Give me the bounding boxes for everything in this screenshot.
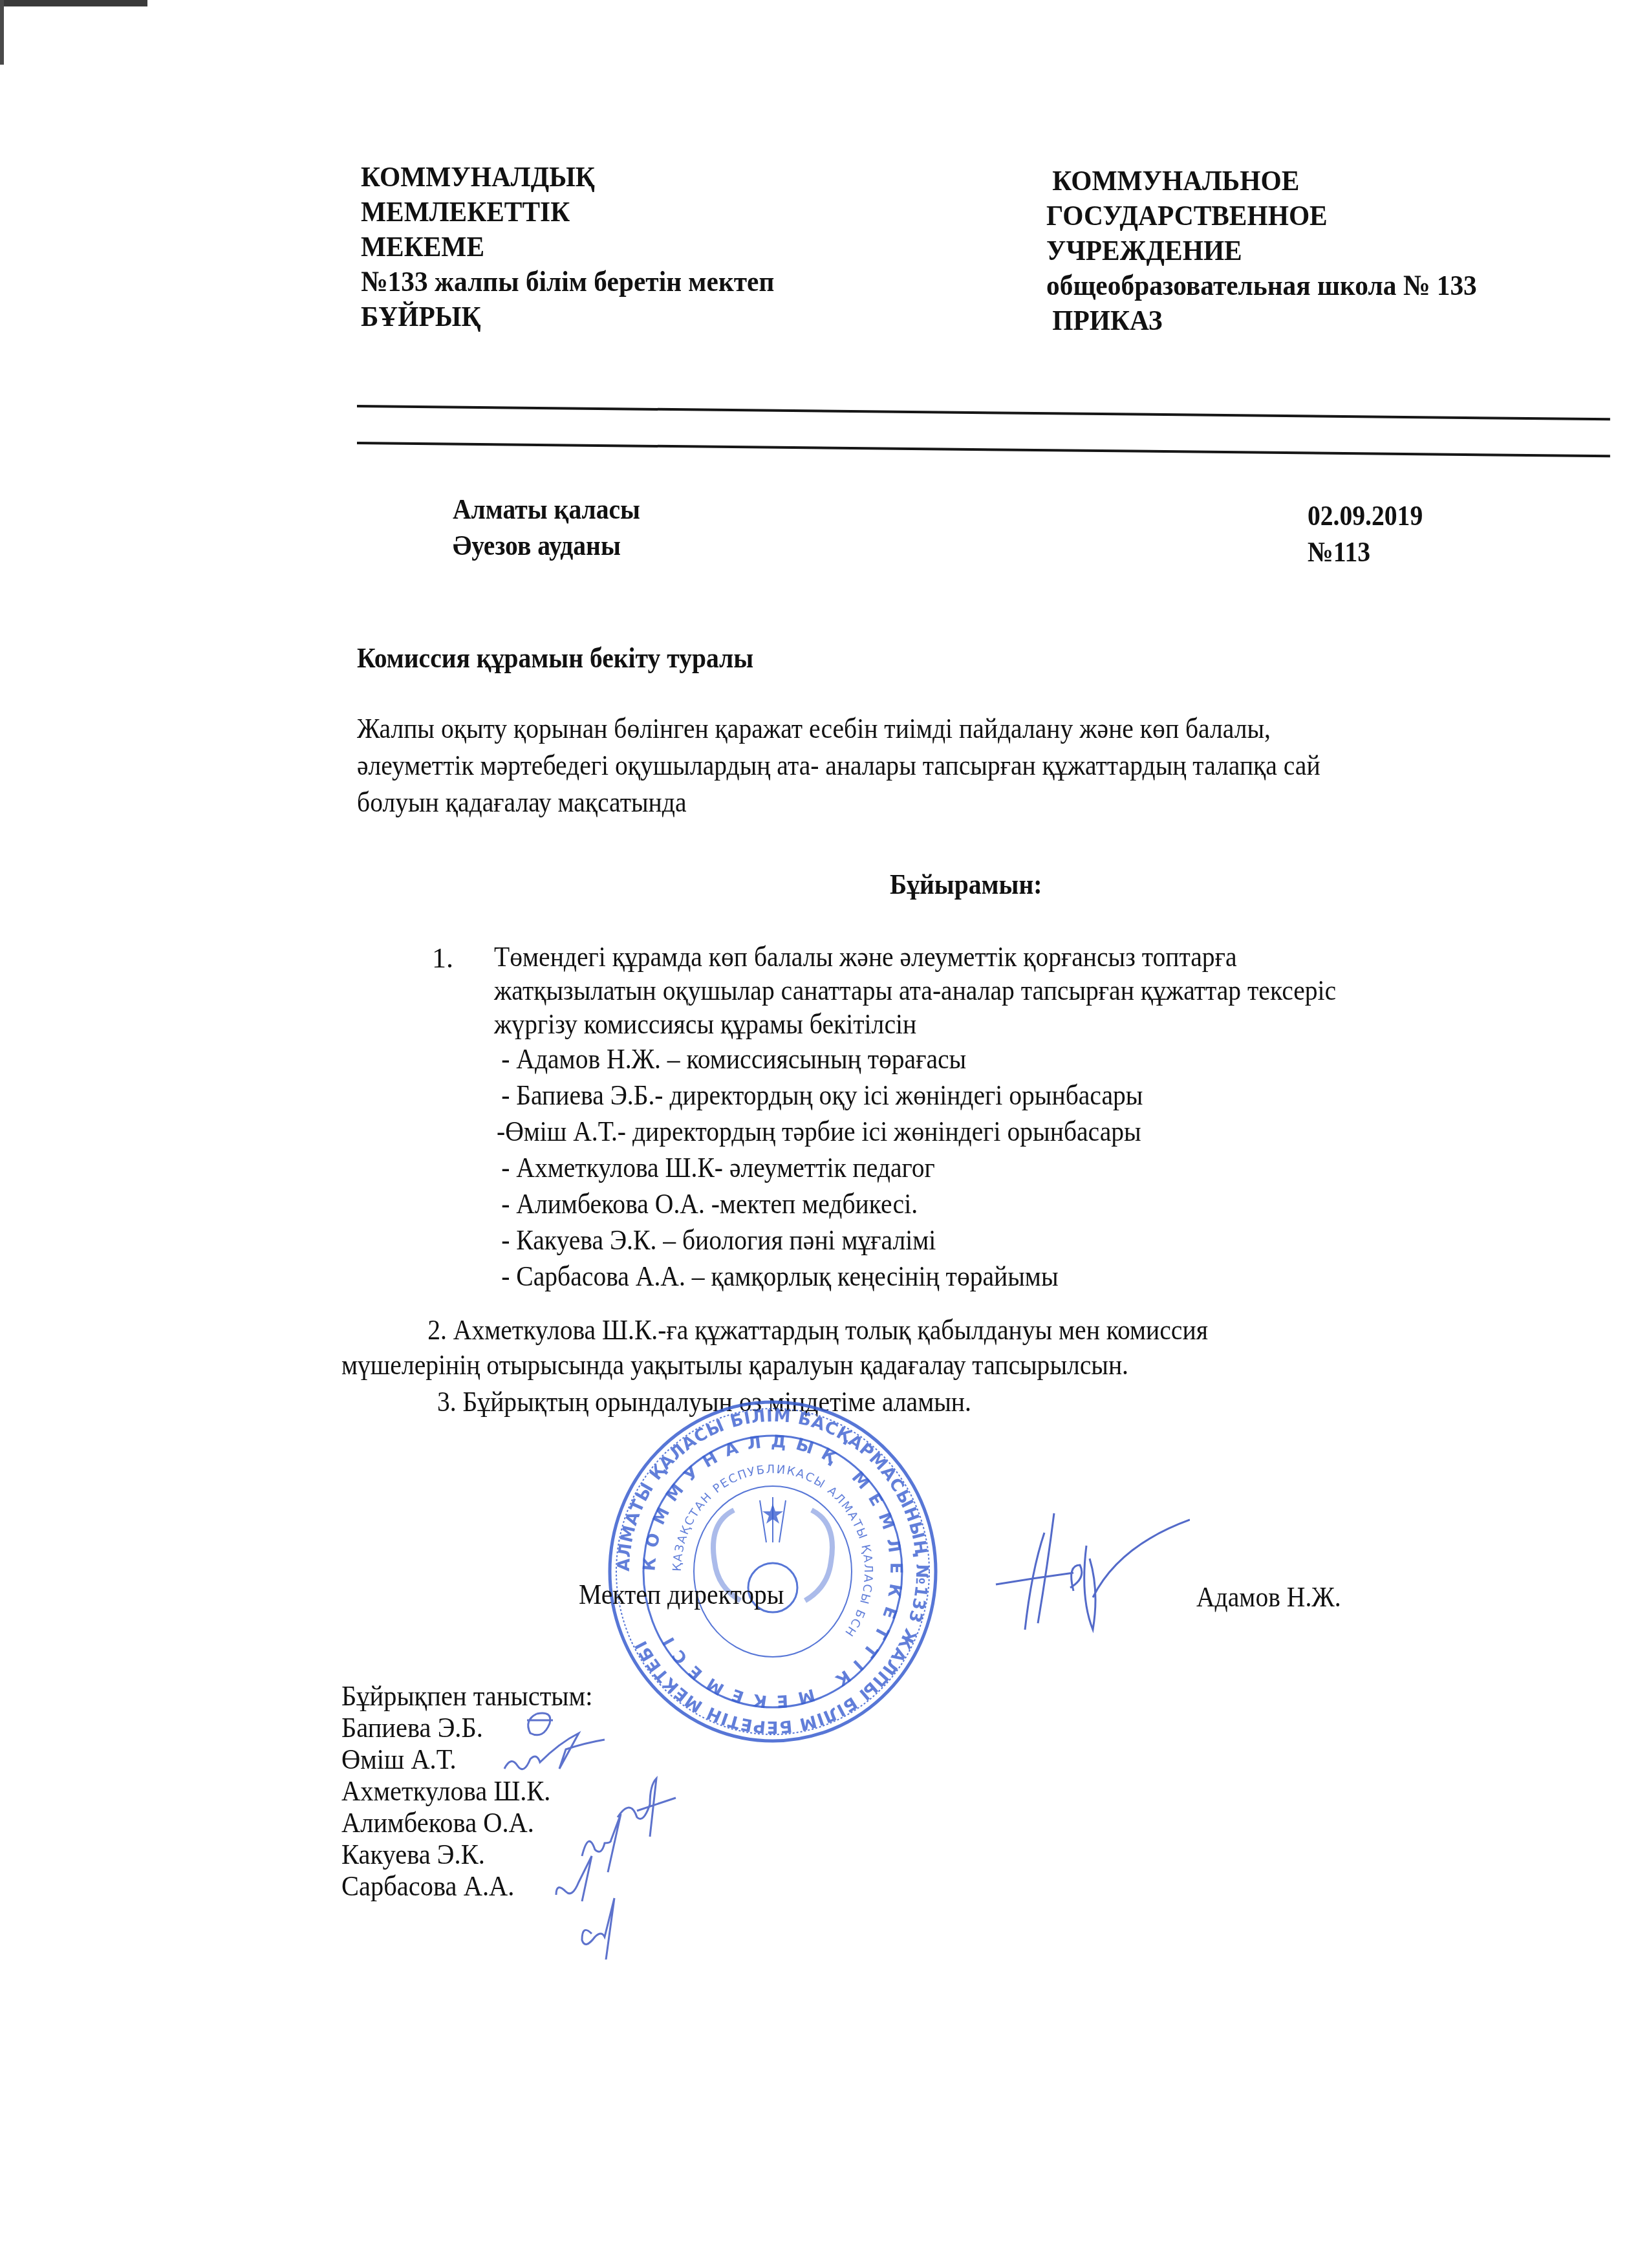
header-ru-line: ГОСУДАРСТВЕННОЕ: [1046, 198, 1477, 233]
preamble-line: әлеуметтік мәртебедегі оқушылардың ата- …: [357, 747, 1320, 784]
header-kz-line: МЕКЕМЕ: [361, 229, 774, 264]
preamble-line: болуын қадағалау мақсатында: [357, 784, 1320, 821]
scan-edge-artifact-left: [0, 0, 4, 65]
member-item: - Адамов Н.Ж. – комиссиясының төрағасы: [497, 1041, 1143, 1077]
decree-word: Бұйырамын:: [890, 867, 1042, 903]
item-1-line: жатқызылатын оқушылар санаттары ата-анал…: [494, 974, 1336, 1008]
place-block: Алматы қаласы Әуезов ауданы: [453, 491, 640, 564]
header-ru-line: общеобразовательная школа № 133: [1046, 268, 1477, 303]
member-item: - Какуева Э.К. – биология пәні мұғалімі: [497, 1222, 1143, 1258]
signature-position: Мектеп директоры: [579, 1577, 784, 1613]
member-item: - Ахметкулова Ш.К- әлеуметтік педагог: [497, 1150, 1143, 1186]
date-block: 02.09.2019 №113: [1308, 498, 1423, 570]
director-signature: [983, 1507, 1190, 1636]
acknowledgment-signatures: [479, 1701, 685, 1960]
header-ru: КОММУНАЛЬНОЕ ГОСУДАРСТВЕННОЕ УЧРЕЖДЕНИЕ …: [1046, 163, 1477, 338]
header-kz-line: БҰЙРЫҚ: [361, 299, 774, 334]
signature-name: Адамов Н.Ж.: [1196, 1579, 1341, 1615]
item-2-line: мүшелерінің отырысында уақытылы қаралуын…: [341, 1348, 1208, 1383]
item-1-number: 1.: [432, 940, 453, 977]
item-2-line: 2. Ахметкулова Ш.К.-ға құжаттардың толық…: [341, 1313, 1208, 1348]
item-1: Төмендегі құрамда көп балалы және әлеуме…: [494, 940, 1336, 1041]
preamble: Жалпы оқыту қорынан бөлінген қаражат есе…: [357, 710, 1320, 821]
header-ru-line: ПРИКАЗ: [1046, 303, 1477, 338]
header-kz-line: №133 жалпы білім беретін мектеп: [361, 264, 774, 299]
item-1-line: жүргізу комиссиясы құрамы бекітілсін: [494, 1008, 1336, 1041]
order-number: №113: [1308, 534, 1423, 570]
item-1-line: Төмендегі құрамда көп балалы және әлеуме…: [494, 940, 1336, 974]
header-kz-line: КОММУНАЛДЫҚ: [361, 159, 774, 194]
header-kz: КОММУНАЛДЫҚ МЕМЛЕКЕТТІК МЕКЕМЕ №133 жалп…: [361, 159, 774, 334]
member-item: - Алимбекова О.А. -мектеп медбикесі.: [497, 1186, 1143, 1222]
committee-members: - Адамов Н.Ж. – комиссиясының төрағасы -…: [497, 1041, 1143, 1295]
member-item: - Бапиева Э.Б.- директордың оқу ісі жөні…: [497, 1077, 1143, 1114]
header-divider-top: [357, 405, 1610, 420]
scan-edge-artifact: [0, 0, 147, 6]
district: Әуезов ауданы: [453, 528, 640, 564]
order-date: 02.09.2019: [1308, 498, 1423, 534]
preamble-line: Жалпы оқыту қорынан бөлінген қаражат есе…: [357, 710, 1320, 747]
header-kz-line: МЕМЛЕКЕТТІК: [361, 194, 774, 229]
official-stamp: АЛМАТЫ ҚАЛАСЫ БІЛІМ БАСҚАРМАСЫНЫҢ №133 Ж…: [605, 1400, 941, 1743]
header-ru-line: КОММУНАЛЬНОЕ: [1046, 163, 1477, 198]
svg-text:АЛМАТЫ ҚАЛАСЫ БІЛІМ БАСҚАРМАСЫ: АЛМАТЫ ҚАЛАСЫ БІЛІМ БАСҚАРМАСЫНЫҢ №133 Ж…: [614, 1407, 931, 1736]
item-2: 2. Ахметкулова Ш.К.-ға құжаттардың толық…: [341, 1313, 1208, 1383]
header-ru-line: УЧРЕЖДЕНИЕ: [1046, 233, 1477, 268]
header-divider-bottom: [357, 442, 1610, 457]
city: Алматы қаласы: [453, 491, 640, 528]
member-item: -Өміш А.Т.- директордың тәрбие ісі жөнін…: [497, 1114, 1143, 1150]
member-item: - Сарбасова А.А. – қамқорлық кеңесінің т…: [497, 1258, 1143, 1295]
order-title: Комиссия құрамын бекіту туралы: [357, 640, 753, 676]
